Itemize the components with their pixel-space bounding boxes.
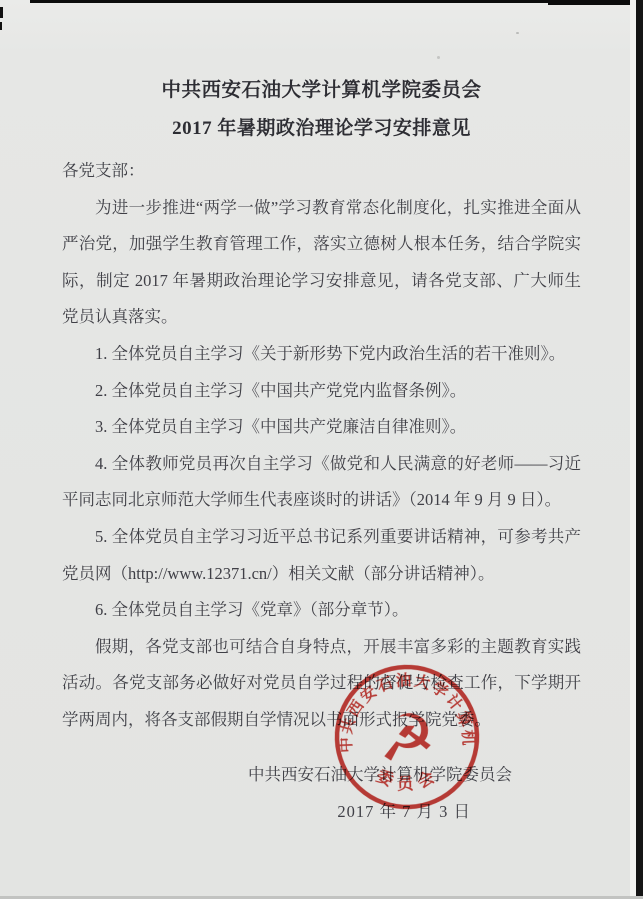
document-subtitle: 2017 年暑期政治理论学习安排意见 (62, 110, 581, 147)
salutation: 各党支部： (62, 153, 581, 190)
list-item-3: 3. 全体党员自主学习《中国共产党廉洁自律准则》。 (62, 409, 581, 446)
signature-org: 中共西安石油大学计算机学院委员会 (62, 756, 581, 793)
document-title: 中共西安石油大学计算机学院委员会 (62, 72, 581, 110)
scanned-document-page: { "doc": { "title": "中共西安石油大学计算机学院委员会", … (0, 0, 643, 899)
closing-paragraph: 假期，各党支部也可结合自身特点，开展丰富多彩的主题教育实践活动。各党支部务必做好… (62, 629, 581, 739)
list-item-6: 6. 全体党员自主学习《党章》（部分章节）。 (62, 592, 581, 629)
document: 中共西安石油大学计算机学院委员会 2017 年暑期政治理论学习安排意见 各党支部… (0, 0, 643, 899)
list-item-5: 5. 全体党员自主学习习近平总书记系列重要讲话精神，可参考共产党员网（http:… (62, 519, 581, 592)
intro-paragraph: 为进一步推进“两学一做”学习教育常态化制度化，扎实推进全面从严治党，加强学生教育… (62, 190, 581, 336)
list-item-4: 4. 全体教师党员再次自主学习《做党和人民满意的好老师——习近平同志同北京师范大… (62, 446, 581, 519)
signature-block: 中共西安石油大学计算机学院委员会 2017 年 7 月 3 日 (62, 756, 581, 830)
signature-date: 2017 年 7 月 3 日 (62, 793, 581, 830)
list-item-1: 1. 全体党员自主学习《关于新形势下党内政治生活的若干准则》。 (62, 336, 581, 373)
list-item-2: 2. 全体党员自主学习《中国共产党党内监督条例》。 (62, 373, 581, 410)
